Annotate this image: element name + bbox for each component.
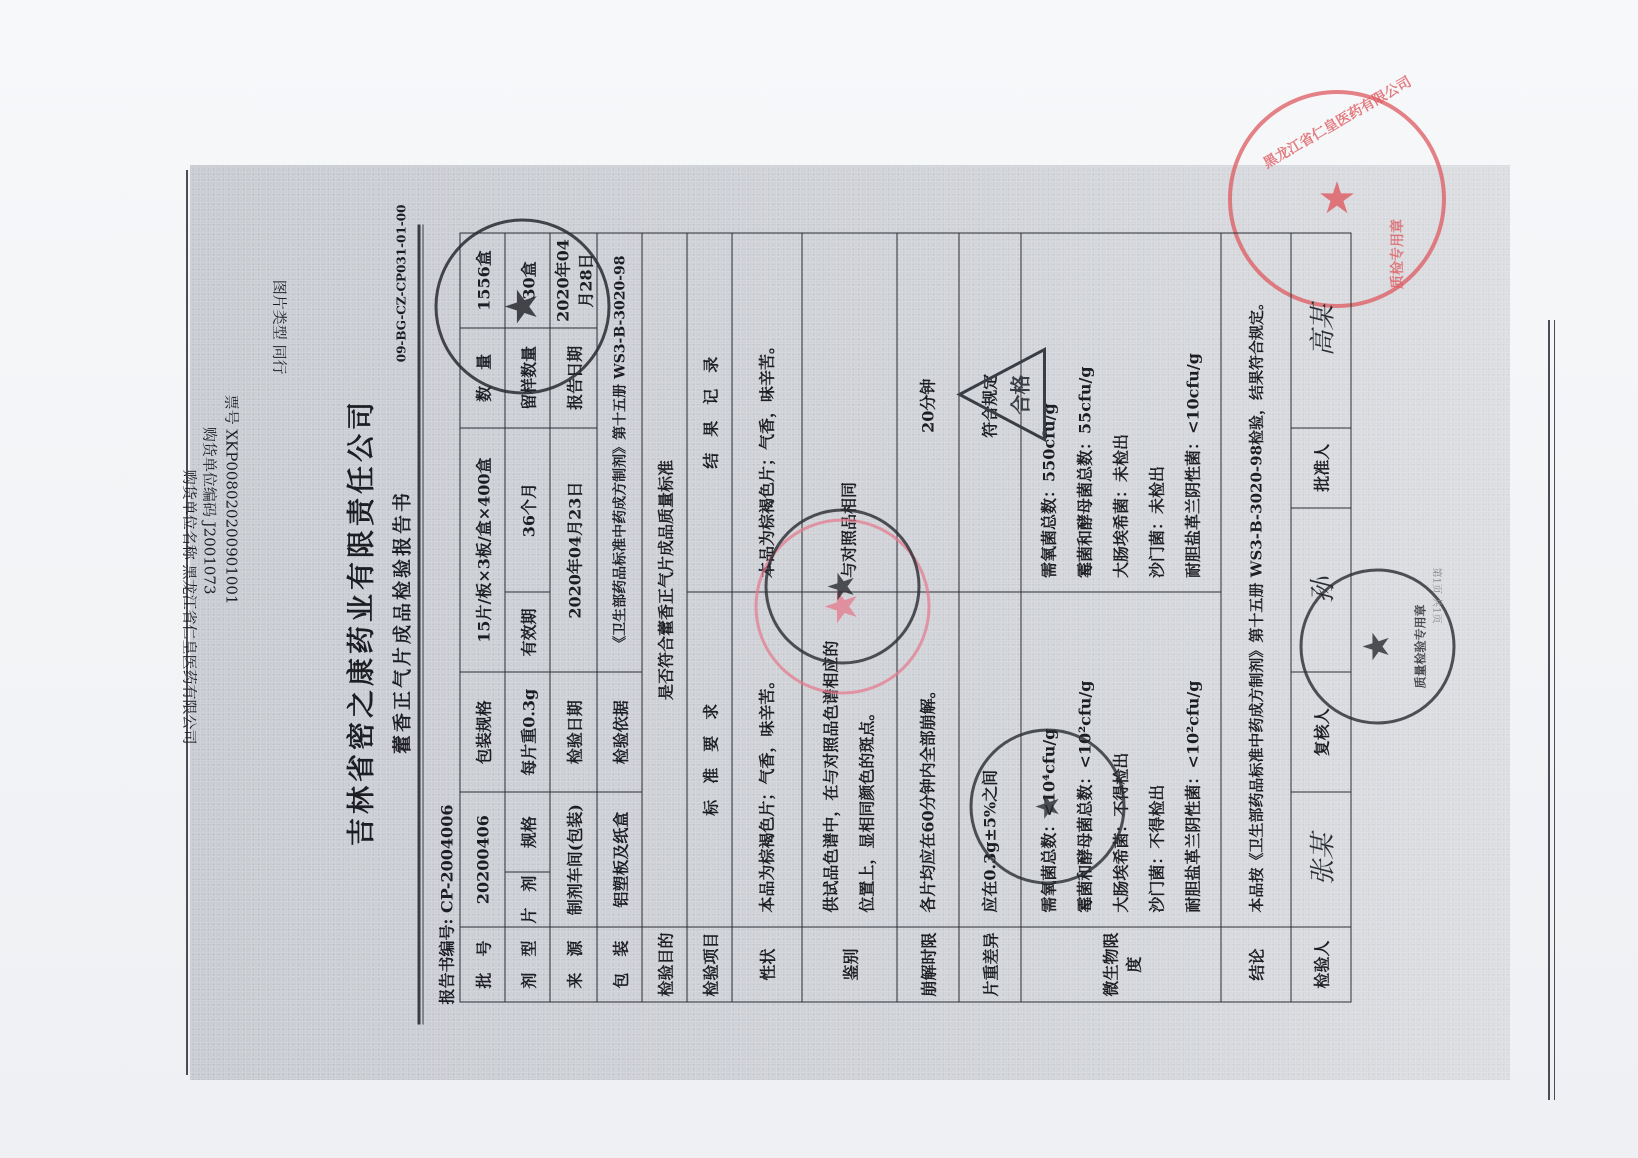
- buyer-code-label: 购货单位编码: [201, 427, 219, 517]
- std-line: 供试品色谱中，在与对照品色谱相应的: [814, 593, 850, 913]
- qualified-triangle-mark: 合格: [950, 340, 1060, 450]
- batch-label: 批 号: [460, 927, 505, 1002]
- inspector-label: 检验人: [1291, 927, 1351, 1002]
- result-line: 沙门菌：未检出: [1139, 234, 1175, 579]
- right-edge-line: [1548, 320, 1550, 1100]
- validity-value: 36个月: [505, 428, 550, 593]
- result-line: 20分钟: [910, 234, 946, 579]
- company-name: 吉林省密之康药业有限责任公司: [340, 170, 380, 1075]
- conclusion-value: 本品按《卫生部药品标准中药成方制剂》第十五册 WS3-B-3020-98检验，结…: [1221, 233, 1291, 927]
- source-value: 制剂车间(包装): [550, 792, 597, 927]
- std-line: 沙门菌：不得检出: [1139, 593, 1175, 913]
- document-code: 09-BG-CZ-CP031-01-00: [395, 205, 409, 363]
- form-value: 片 剂: [505, 872, 550, 927]
- right-edge-line-2: [1554, 320, 1555, 1100]
- purchase-meta: 购货单位编码 J2001073 购货单位名称 黑龙江省仁皇医药有限公司 票号 X…: [190, 170, 320, 1075]
- basis-value: 《卫生部药品标准中药成方制剂》第十五册 WS3-B-3020-98: [597, 233, 642, 672]
- row-header: 检验项目 标 准 要 求 结 果 记 录: [687, 233, 732, 1002]
- reviewer-signature: 孙: [1291, 508, 1351, 673]
- image-type-label: 图片类型: [271, 280, 289, 340]
- approver-label: 批准人: [1291, 428, 1351, 508]
- std-weight-variation: 应在0.3g±5%之间: [959, 593, 1021, 928]
- result-identification: 与对照品相同: [802, 233, 897, 593]
- std-line: 霉菌和酵母菌总数：<10²cfu/g: [1067, 593, 1103, 913]
- purpose-value: 是否符合藿香正气片成品质量标准: [642, 233, 687, 927]
- batch-value: 20200406: [460, 792, 505, 927]
- row-batch: 批 号 20200406 包装规格 15片/板×3板/盒×400盒 数 量 15…: [460, 233, 505, 1002]
- report-date-value: 2020年04月28日: [550, 233, 597, 328]
- ticket-value: XKP008020200901001: [223, 429, 241, 604]
- retain-label: 留样数量: [505, 328, 550, 428]
- buyer-name-value: 黑龙江省仁皇医药有限公司: [181, 564, 199, 744]
- buyer-code: 购货单位编码 J2001073: [200, 427, 221, 595]
- pack-label: 包 装: [597, 927, 642, 1002]
- item-microbial: 微生物限度: [1021, 927, 1221, 1002]
- row-form: 剂 型 片 剂 规格 每片重0.3g 有效期 36个月 留样数量 30盒: [505, 233, 550, 1002]
- star-icon: ★: [1360, 630, 1396, 662]
- inspector-signature: 张某: [1291, 792, 1351, 927]
- pack-value: 铝塑板及纸盒: [597, 792, 642, 927]
- qc-seal-sub: 质量检验专用章: [1412, 572, 1429, 722]
- std-line: 位置上，显相同颜色的斑点。: [850, 593, 886, 913]
- form-label: 剂 型: [505, 927, 550, 1002]
- image-type-value: 同行: [271, 344, 289, 374]
- result-line: 本品为棕褐色片；气香，味辛苦。: [749, 234, 785, 579]
- ticket-number: 票号 XKP008020200901001: [222, 395, 243, 605]
- item-identification: 鉴别: [802, 927, 897, 1002]
- test-date-label: 检验日期: [550, 672, 597, 792]
- qty-label: 数 量: [460, 328, 505, 428]
- test-report-page: 购货单位编码 J2001073 购货单位名称 黑龙江省仁皇医药有限公司 票号 X…: [190, 170, 1500, 1075]
- std-disintegration: 各片均应在60分钟内全部崩解。: [897, 593, 959, 928]
- buyer-code-value: J2001073: [201, 522, 219, 595]
- page-footer: 第1页 共1页: [1430, 568, 1445, 624]
- result-line: 大肠埃希菌：未检出: [1103, 234, 1139, 579]
- qualified-mark-text: 合格: [1009, 375, 1033, 415]
- std-col-header: 标 准 要 求: [687, 593, 732, 928]
- std-line: 各片均应在60分钟内全部崩解。: [910, 593, 946, 913]
- std-appearance: 本品为棕褐色片；气香，味辛苦。: [732, 593, 802, 928]
- source-label: 来 源: [550, 927, 597, 1002]
- row-identification: 鉴别 供试品色谱中，在与对照品色谱相应的 位置上，显相同颜色的斑点。 与对照品相…: [802, 233, 897, 1002]
- report-number: 报告书编号: CP-2004006: [435, 805, 458, 1005]
- result-appearance: 本品为棕褐色片；气香，味辛苦。: [732, 233, 802, 593]
- reviewer-label: 复核人: [1291, 672, 1351, 792]
- image-type: 图片类型 同行: [270, 280, 291, 375]
- report-number-value: CP-2004006: [438, 805, 457, 913]
- pack-spec-label: 包装规格: [460, 672, 505, 792]
- pack-spec-value: 15片/板×3板/盒×400盒: [460, 428, 505, 673]
- std-line: 本品为棕褐色片；气香，味辛苦。: [749, 593, 785, 913]
- result-line: 霉菌和酵母菌总数：55cfu/g: [1067, 234, 1103, 579]
- test-date-value: 2020年04月23日: [550, 428, 597, 673]
- std-line: 耐胆盐革兰阴性菌：<10²cfu/g: [1175, 593, 1211, 913]
- row-conclusion: 结论 本品按《卫生部药品标准中药成方制剂》第十五册 WS3-B-3020-98检…: [1221, 233, 1291, 1002]
- report-table: 批 号 20200406 包装规格 15片/板×3板/盒×400盒 数 量 15…: [460, 233, 1352, 1003]
- retain-value: 30盒: [505, 233, 550, 328]
- std-microbial: 需氧菌总数：<10⁴cfu/g 霉菌和酵母菌总数：<10²cfu/g 大肠埃希菌…: [1021, 593, 1221, 928]
- title-rule: [418, 225, 421, 1025]
- validity-label: 有效期: [505, 593, 550, 673]
- approver-signature: 高某: [1291, 233, 1351, 428]
- std-line: 应在0.3g±5%之间: [972, 593, 1008, 913]
- item-weight-variation: 片重差异: [959, 927, 1021, 1002]
- purpose-label: 检验目的: [642, 927, 687, 1002]
- result-line: 耐胆盐革兰阴性菌：<10cfu/g: [1175, 234, 1211, 579]
- std-line: 需氧菌总数：<10⁴cfu/g: [1031, 593, 1067, 913]
- row-pack: 包 装 铝塑板及纸盒 检验依据 《卫生部药品标准中药成方制剂》第十五册 WS3-…: [597, 233, 642, 1002]
- item-col-header: 检验项目: [687, 927, 732, 1002]
- item-disintegration: 崩解时限: [897, 927, 959, 1002]
- row-purpose: 检验目的 是否符合藿香正气片成品质量标准: [642, 233, 687, 1002]
- result-col-header: 结 果 记 录: [687, 233, 732, 593]
- item-appearance: 性状: [732, 927, 802, 1002]
- spec-label: 规格: [505, 792, 550, 872]
- ticket-label: 票号: [223, 395, 241, 425]
- std-identification: 供试品色谱中，在与对照品色谱相应的 位置上，显相同颜色的斑点。: [802, 593, 897, 928]
- buyer-name-label: 购货单位名称: [181, 470, 199, 560]
- row-signatures: 检验人 张某 复核人 孙 批准人 高某: [1291, 233, 1351, 1002]
- basis-label: 检验依据: [597, 672, 642, 792]
- std-line: 大肠埃希菌：不得检出: [1103, 593, 1139, 913]
- report-number-label: 报告书编号:: [438, 919, 457, 1005]
- buyer-name: 购货单位名称 黑龙江省仁皇医药有限公司: [180, 470, 201, 745]
- spec-value: 每片重0.3g: [505, 672, 550, 792]
- row-appearance: 性状 本品为棕褐色片；气香，味辛苦。 本品为棕褐色片；气香，味辛苦。: [732, 233, 802, 1002]
- title-rule-thin: [423, 225, 424, 1025]
- result-line: 与对照品相同: [832, 234, 868, 579]
- row-source: 来 源 制剂车间(包装) 检验日期 2020年04月23日 报告日期 2020年…: [550, 233, 597, 1002]
- conclusion-label: 结论: [1221, 927, 1291, 1002]
- qty-value: 1556盒: [460, 233, 505, 328]
- report-date-label: 报告日期: [550, 328, 597, 428]
